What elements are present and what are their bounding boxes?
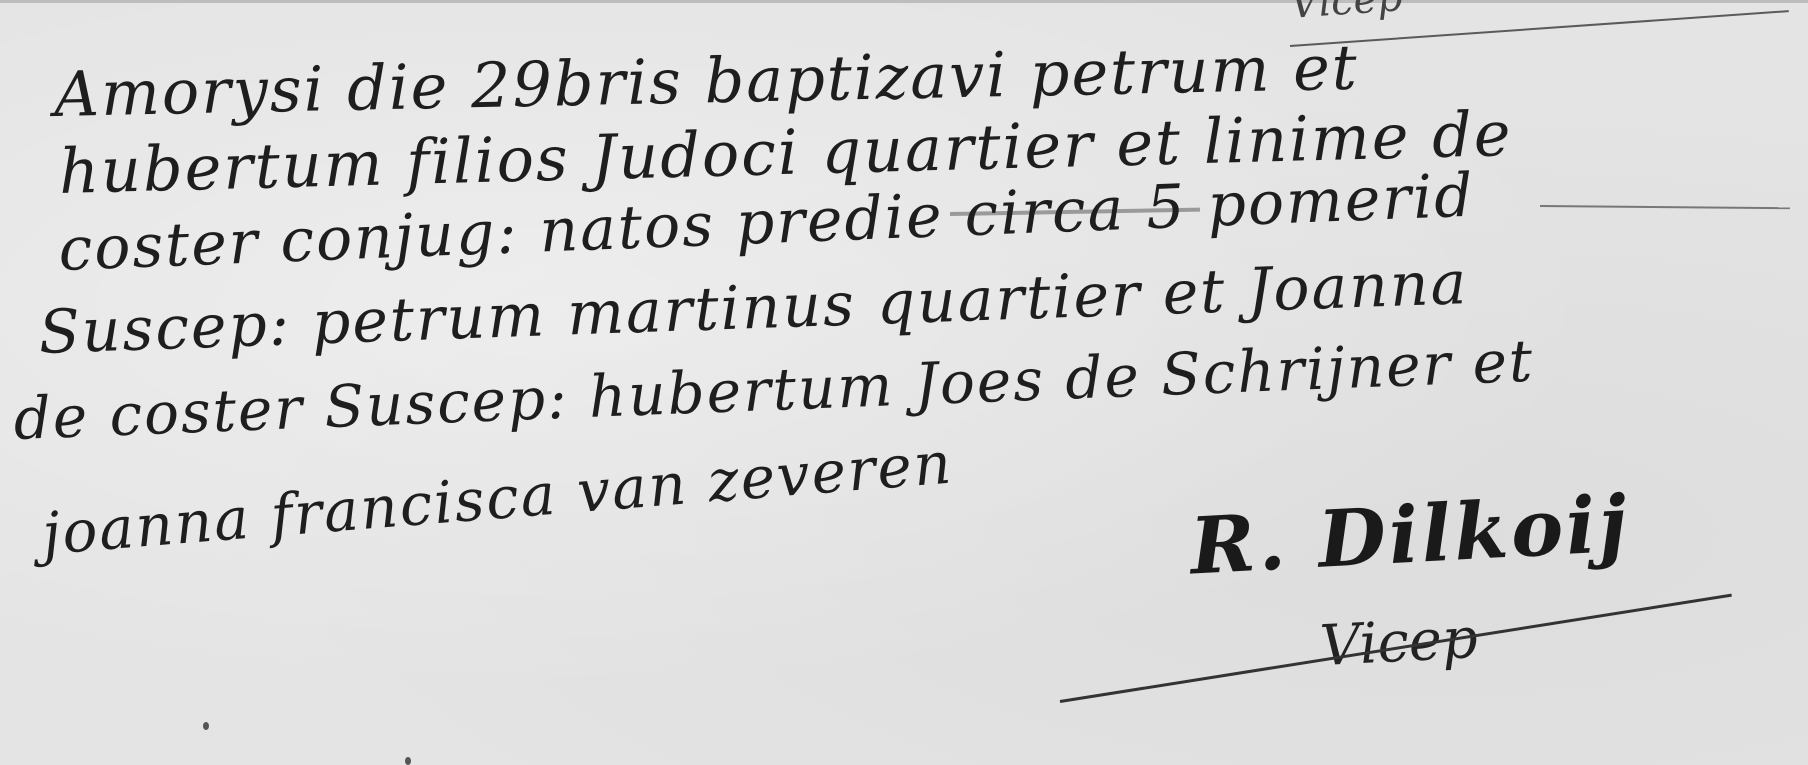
scanned-register-page: Vicep Amorysi die 29bris baptizavi petru… — [0, 0, 1808, 765]
priest-signature: R. Dilkoij — [1188, 479, 1632, 593]
handwritten-line-6: joanna francisca van zeveren — [40, 429, 956, 568]
ink-speck — [405, 757, 411, 765]
page-top-edge — [0, 0, 1808, 3]
margin-note-top: Vicep — [1289, 0, 1405, 28]
signature-title: Vicep — [1318, 606, 1479, 679]
ink-speck — [203, 722, 209, 730]
ink-stroke — [1540, 205, 1790, 209]
